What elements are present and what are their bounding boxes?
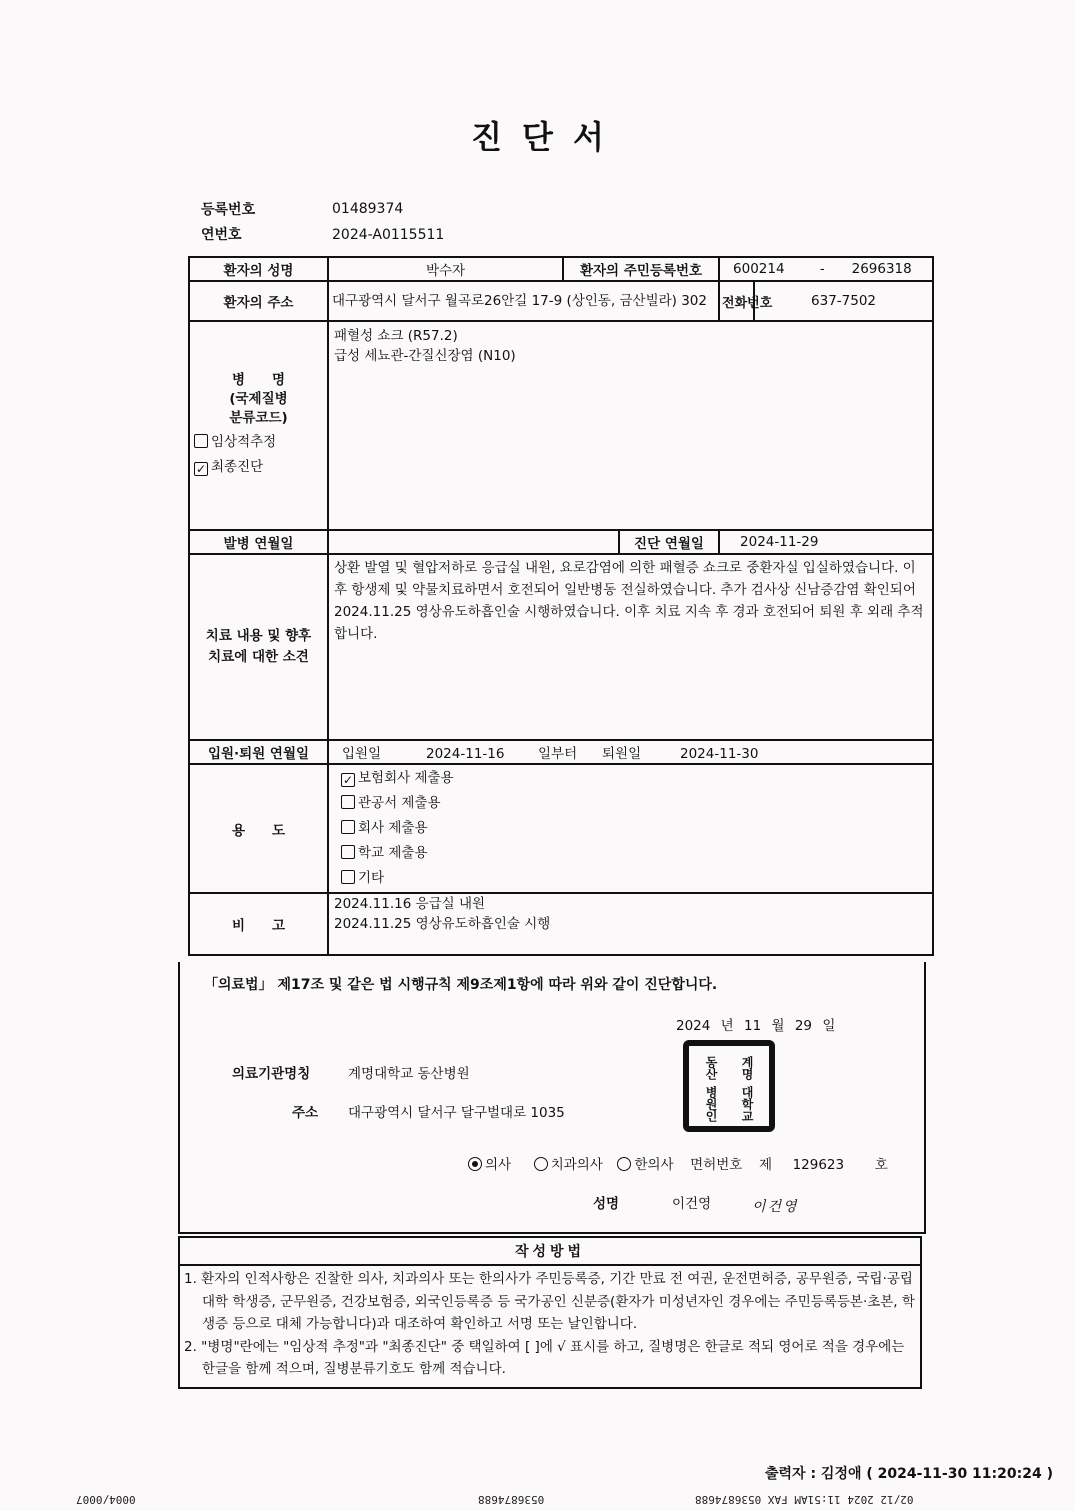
instruction-item: 2. "병명"란에는 "임상적 추정"과 "최종진단" 중 택일하여 [ ]에 …	[184, 1336, 916, 1381]
purpose-options: ✓보험회사 제출용 관공서 제출용 회사 제출용 학교 제출용 기타	[328, 764, 933, 893]
declaration-year: 2024	[676, 1018, 710, 1034]
radio-dentist[interactable]	[534, 1157, 548, 1171]
declaration-date: 2024 년 11 월 29 일	[676, 1014, 835, 1034]
diagnosis-label-cell: 병 명 (국제질병 분류코드) 임상적추정 ✓최종진단	[189, 321, 328, 530]
resident-id-front: 600214	[725, 261, 803, 277]
checkbox-other[interactable]	[341, 870, 355, 884]
seal-text: 계명	[729, 1050, 765, 1086]
treatment-label-2: 치료에 대한 소견	[195, 647, 322, 668]
institution-address: 대구광역시 달서구 달구벌대로 1035	[348, 1101, 565, 1121]
discharge-date: 2024-11-30	[680, 746, 758, 762]
purpose-option-label: 기타	[358, 870, 384, 886]
license-suffix: 호	[875, 1157, 888, 1173]
hospital-seal-stamp: 계명 대학교 동산 병원인	[683, 1040, 775, 1132]
patient-name-row: 환자의 성명 박수자 환자의 주민등록번호 600214 - 2696318	[189, 257, 933, 281]
fax-header-left: 0004/0007	[76, 1493, 136, 1506]
onset-date-label: 발병 연월일	[189, 530, 328, 554]
checkbox-clinical-estimate[interactable]	[194, 434, 208, 448]
diagnosis-entry: 급성 세뇨관-간질신장염 (N10)	[334, 346, 927, 366]
year-unit: 년	[721, 1018, 734, 1034]
diagnosis-date-label: 진단 연월일	[619, 530, 719, 554]
patient-address-row: 환자의 주소 대구광역시 달서구 월곡로26안길 17-9 (상인동, 금산빌라…	[189, 281, 933, 321]
serial-number-label: 연번호	[201, 224, 242, 244]
license-number: 129623	[793, 1157, 845, 1173]
checkbox-school[interactable]	[341, 845, 355, 859]
patient-address: 대구광역시 달서구 월곡로26안길 17-9 (상인동, 금산빌라) 302	[328, 281, 719, 321]
diagnosis-entries: 패혈성 쇼크 (R57.2) 급성 세뇨관-간질신장염 (N10)	[328, 321, 933, 530]
discharge-label: 퇴원일	[602, 742, 680, 762]
admission-row: 입원·퇴원 연월일 입원일2024-11-16일부터퇴원일2024-11-30	[189, 740, 933, 764]
seal-text: 동산	[693, 1050, 729, 1086]
diagnosis-row: 병 명 (국제질병 분류코드) 임상적추정 ✓최종진단 패혈성 쇼크 (R57.…	[189, 321, 933, 530]
institution-address-label: 주소	[292, 1101, 318, 1121]
doctor-type-label: 의사	[485, 1157, 511, 1173]
diagnosis-form-table: 환자의 성명 박수자 환자의 주민등록번호 600214 - 2696318 환…	[188, 256, 934, 956]
serial-number: 2024-A0115511	[332, 227, 444, 243]
from-label: 일부터	[538, 742, 602, 762]
purpose-option-school[interactable]: 학교 제출용	[341, 841, 927, 866]
diagnosis-label-1: 병 명	[194, 371, 323, 390]
diagnosis-option-clinical[interactable]: 임상적추정	[194, 430, 323, 455]
purpose-option-insurance[interactable]: ✓보험회사 제출용	[341, 766, 927, 791]
declaration-day: 29	[795, 1018, 812, 1034]
purpose-label: 용 도	[189, 764, 328, 893]
patient-name: 박수자	[328, 257, 563, 281]
license-label: 면허번호	[690, 1157, 742, 1173]
radio-doctor[interactable]	[468, 1157, 482, 1171]
purpose-option-label: 관공서 제출용	[358, 795, 441, 811]
institution-name-label: 의료기관명칭	[232, 1062, 310, 1082]
seal-text: 병원인	[693, 1086, 729, 1122]
purpose-option-label: 회사 제출용	[358, 820, 428, 836]
purpose-option-label: 학교 제출용	[358, 845, 428, 861]
fax-header-right: 02/12 2024 11:51AM FAX 0536874688	[695, 1493, 914, 1506]
clinical-estimate-label: 임상적추정	[211, 434, 276, 450]
onset-date	[328, 530, 619, 554]
purpose-option-label: 보험회사 제출용	[358, 770, 454, 786]
instruction-item: 1. 환자의 인적사항은 진찰한 의사, 치과의사 또는 한의사가 주민등록증,…	[184, 1268, 916, 1336]
instructions-title: 작성방법	[180, 1238, 920, 1266]
remark-line: 2024.11.25 영상유도하흡인술 시행	[334, 914, 927, 934]
final-diagnosis-label: 최종진단	[211, 459, 263, 475]
admit-date: 2024-11-16	[426, 746, 538, 762]
remark-line: 2024.11.16 응급실 내원	[334, 894, 927, 914]
license-prefix: 제	[759, 1157, 772, 1173]
institution-name: 계명대학교 동산병원	[348, 1062, 470, 1082]
phone-label: 전화번호	[719, 281, 754, 321]
admit-label: 입원일	[334, 742, 426, 762]
instructions-body: 1. 환자의 인적사항은 진찰한 의사, 치과의사 또는 한의사가 주민등록증,…	[180, 1266, 920, 1387]
remarks-values: 2024.11.16 응급실 내원 2024.11.25 영상유도하흡인술 시행	[328, 893, 933, 955]
treatment-label-1: 치료 내용 및 향후	[195, 626, 322, 647]
diagnosis-entry: 패혈성 쇼크 (R57.2)	[334, 326, 927, 346]
declaration-month: 11	[744, 1018, 761, 1034]
purpose-row: 용 도 ✓보험회사 제출용 관공서 제출용 회사 제출용 학교 제출용 기타	[189, 764, 933, 893]
diagnosis-option-final[interactable]: ✓최종진단	[194, 455, 323, 480]
checkbox-insurance[interactable]: ✓	[341, 773, 355, 787]
certification-box	[178, 962, 926, 1234]
month-unit: 월	[771, 1018, 784, 1034]
remarks-label: 비 고	[189, 893, 328, 955]
doctor-name: 이건영	[672, 1192, 711, 1212]
doctor-license-line: 의사 치과의사 한의사 면허번호 제 129623 호	[468, 1153, 888, 1173]
doctor-signature: 이건영	[752, 1196, 799, 1216]
resident-id-back: 2696318	[842, 261, 912, 277]
resident-id-label: 환자의 주민등록번호	[563, 257, 719, 281]
doctor-type-label: 한의사	[634, 1157, 673, 1173]
purpose-option-company[interactable]: 회사 제출용	[341, 816, 927, 841]
admission-values: 입원일2024-11-16일부터퇴원일2024-11-30	[328, 740, 933, 764]
treatment-row: 치료 내용 및 향후 치료에 대한 소견 상환 발열 및 혈압저하로 응급실 내…	[189, 554, 933, 740]
purpose-option-government[interactable]: 관공서 제출용	[341, 791, 927, 816]
diagnosis-label-2: (국제질병	[194, 390, 323, 409]
diagnosis-date: 2024-11-29	[719, 530, 933, 554]
document-title: 진단서	[0, 112, 1075, 158]
registration-number-label: 등록번호	[201, 199, 255, 219]
instructions-box: 작성방법 1. 환자의 인적사항은 진찰한 의사, 치과의사 또는 한의사가 주…	[178, 1236, 922, 1389]
treatment-text: 상환 발열 및 혈압저하로 응급실 내원, 요로감염에 의한 패혈증 쇼크로 중…	[328, 554, 933, 740]
doctor-name-label: 성명	[593, 1192, 619, 1212]
patient-name-label: 환자의 성명	[189, 257, 328, 281]
resident-id-separator: -	[807, 261, 837, 277]
declaration-text: 「의료법」 제17조 및 같은 법 시행규칙 제9조제1항에 따라 위와 같이 …	[204, 974, 717, 994]
printed-by: 출력자 : 김정애 ( 2024-11-30 11:20:24 )	[765, 1463, 1053, 1483]
checkbox-government[interactable]	[341, 795, 355, 809]
doctor-type-label: 치과의사	[551, 1157, 603, 1173]
day-unit: 일	[822, 1018, 835, 1034]
treatment-label-cell: 치료 내용 및 향후 치료에 대한 소견	[189, 554, 328, 740]
checkbox-final-diagnosis[interactable]: ✓	[194, 462, 208, 476]
dates-row: 발병 연월일 진단 연월일 2024-11-29	[189, 530, 933, 554]
purpose-option-other[interactable]: 기타	[341, 866, 927, 891]
patient-address-label: 환자의 주소	[189, 281, 328, 321]
registration-number: 01489374	[332, 201, 403, 217]
remarks-row: 비 고 2024.11.16 응급실 내원 2024.11.25 영상유도하흡인…	[189, 893, 933, 955]
diagnosis-label-3: 분류코드)	[194, 409, 323, 428]
radio-oriental-doctor[interactable]	[617, 1157, 631, 1171]
checkbox-company[interactable]	[341, 820, 355, 834]
resident-id: 600214 - 2696318	[719, 257, 933, 281]
seal-text: 대학교	[729, 1086, 765, 1122]
admission-label: 입원·퇴원 연월일	[189, 740, 328, 764]
phone-number: 637-7502	[754, 281, 933, 321]
fax-header-mid: 0536874688	[478, 1493, 544, 1506]
